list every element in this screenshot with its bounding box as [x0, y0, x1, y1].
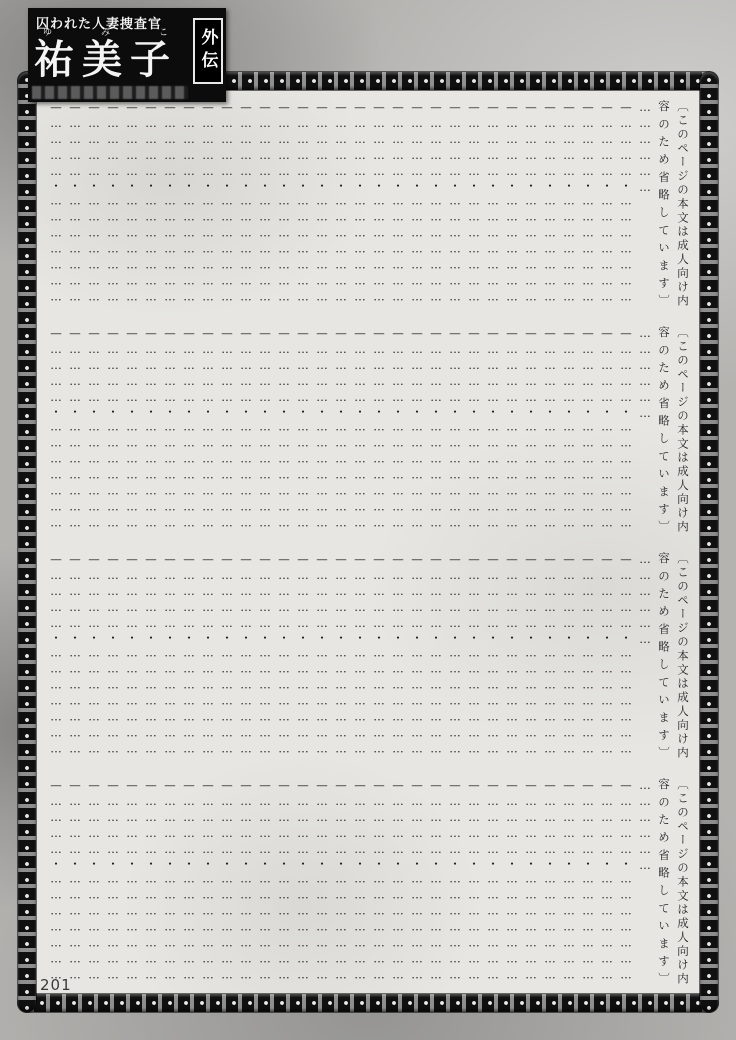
- chain-border-bottom: [18, 994, 718, 1012]
- chain-border-left: [18, 72, 36, 1012]
- text-band-1: 〔このページの本文は成人向け内容のため省略しています〕 ………………—…………・…: [46, 100, 692, 308]
- title-block: 囚われた人妻捜査官 祐美子ゆみこ 外伝: [28, 8, 226, 102]
- title-subtitle-strip-illegible: [32, 86, 188, 99]
- title-side-label: 外伝: [193, 18, 223, 84]
- chain-border-right: [700, 72, 718, 1012]
- title-name: 祐美子ゆみこ: [34, 28, 178, 82]
- title-name-text: 祐美子: [34, 37, 178, 83]
- text-band-3: 〔このページの本文は成人向け内容のため省略しています〕 ………………—…………・…: [46, 552, 692, 760]
- text-band-4: 〔このページの本文は成人向け内容のため省略しています〕 ………………—…………・…: [46, 778, 692, 986]
- text-band-2: 〔このページの本文は成人向け内容のため省略しています〕 ………………—…………・…: [46, 326, 692, 534]
- title-name-ruby: ゆみこ: [34, 28, 178, 38]
- page-number: 201: [40, 976, 72, 994]
